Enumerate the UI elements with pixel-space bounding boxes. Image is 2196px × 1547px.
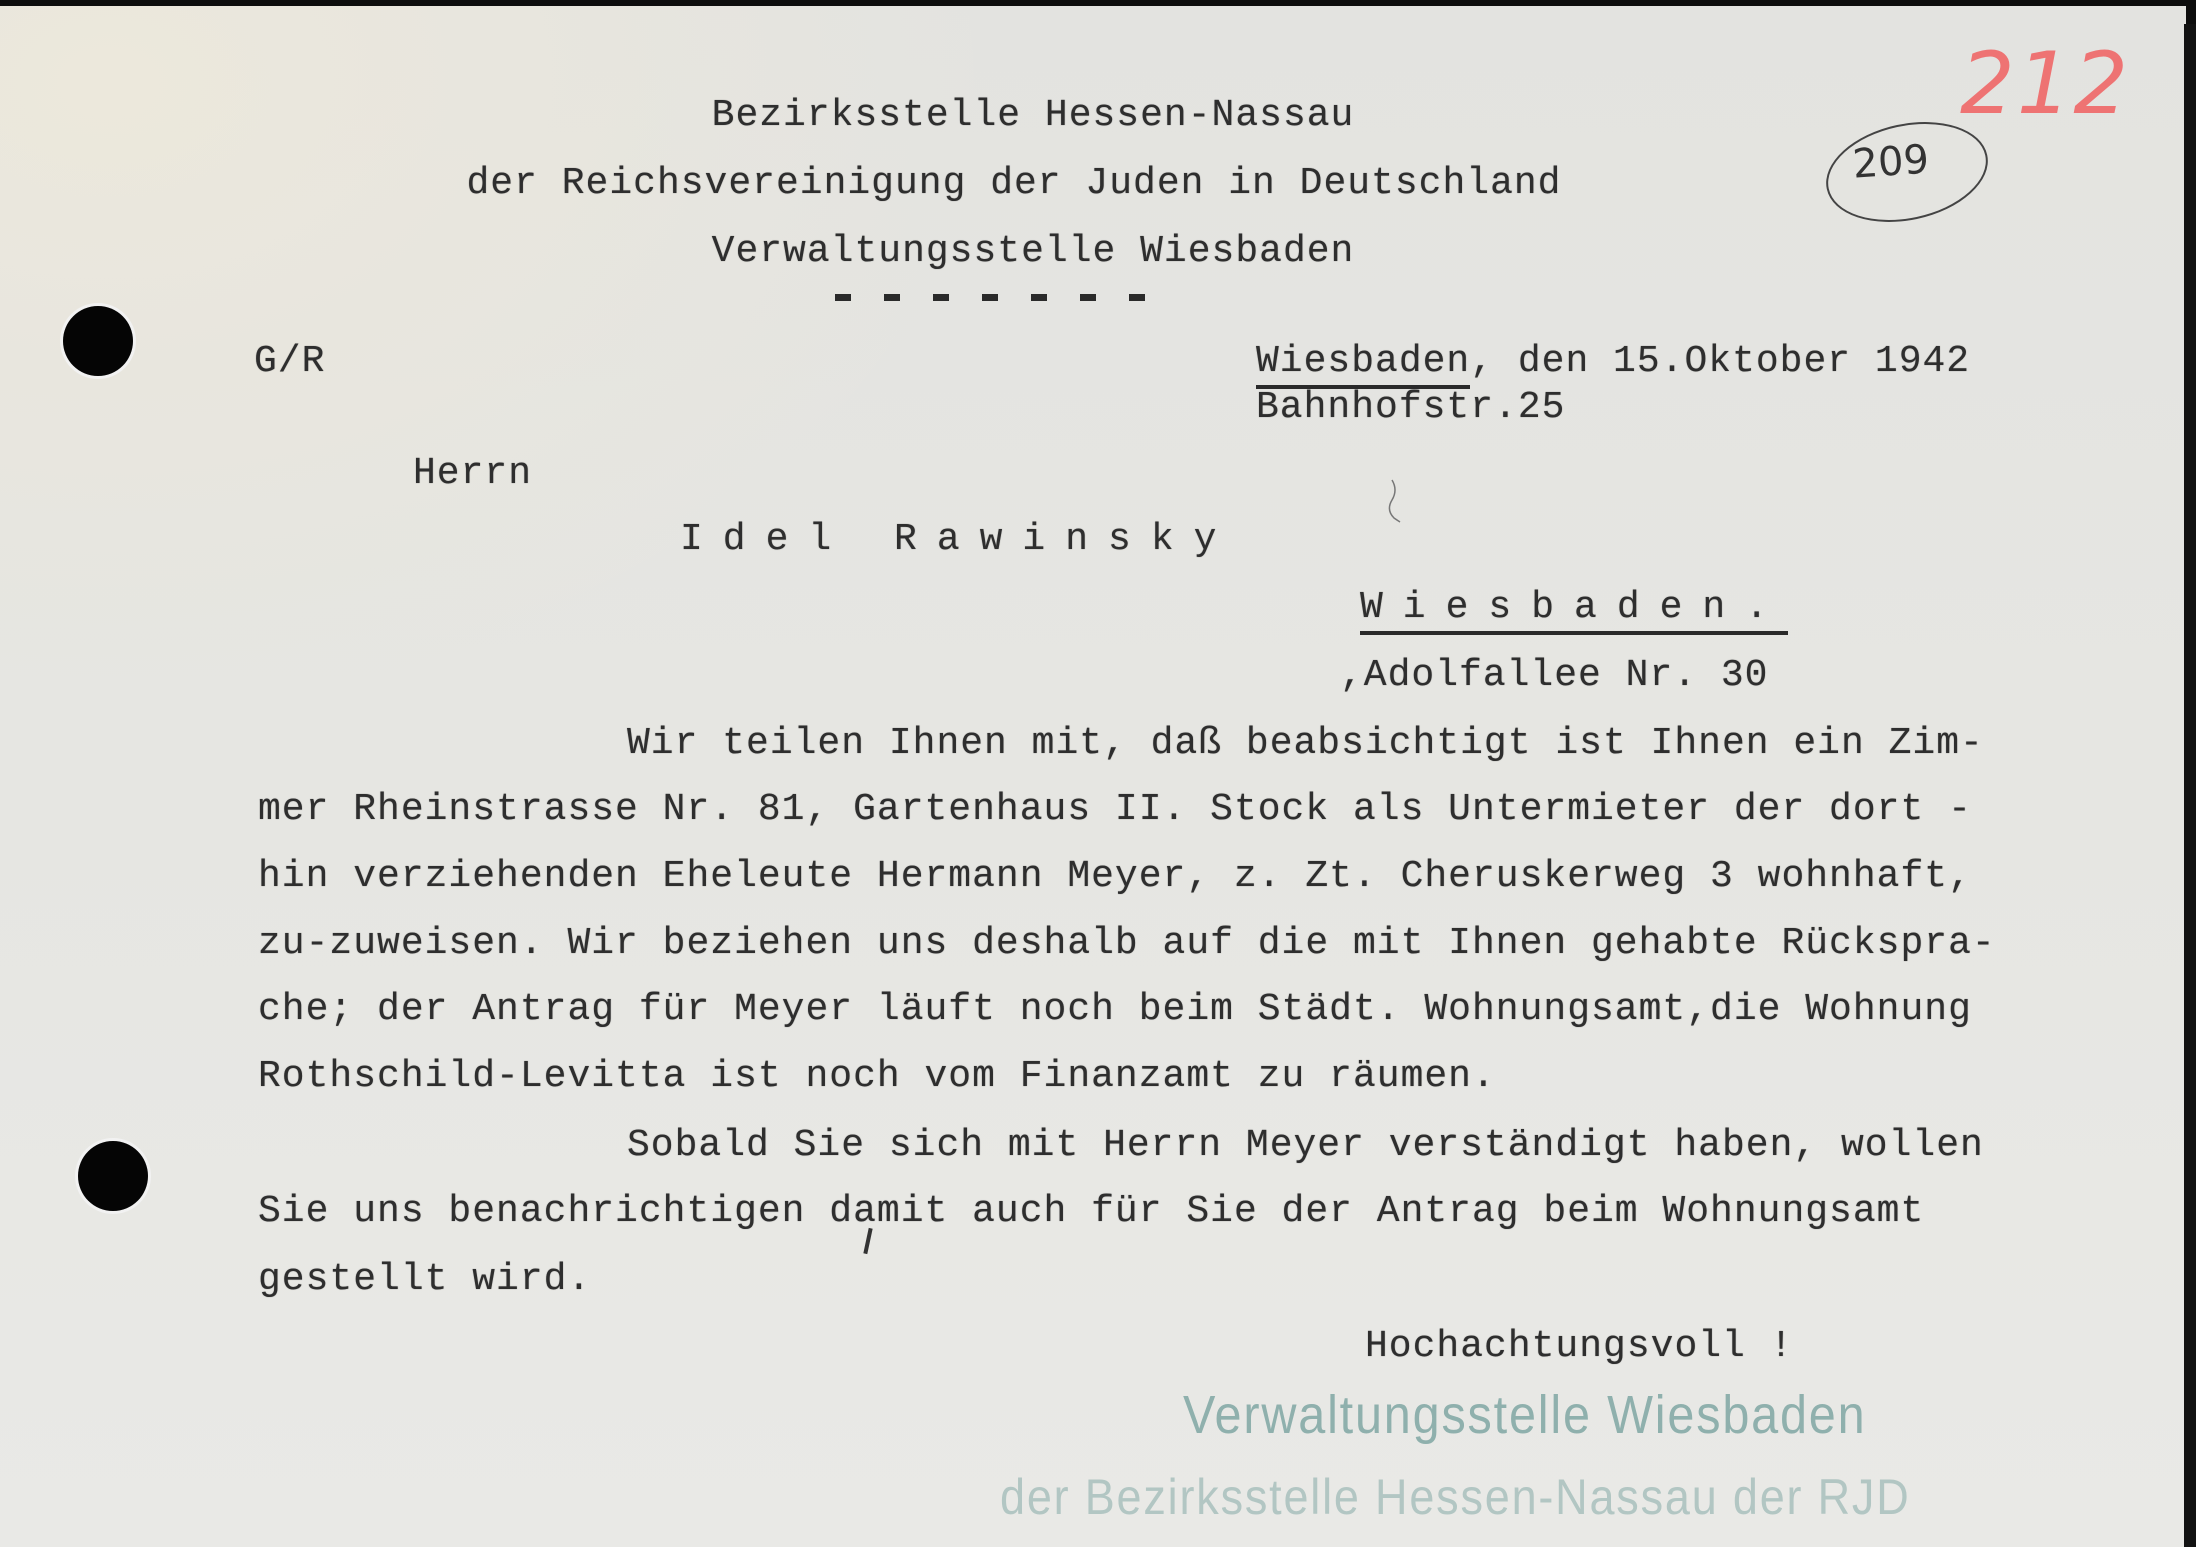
letterhead-line-2: der Reichsvereinigung der Juden in Deuts… — [467, 162, 1562, 205]
body-line: Sobald Sie sich mit Herrn Meyer verständ… — [627, 1124, 1984, 1167]
letterhead-line-3: Verwaltungsstelle Wiesbaden — [712, 230, 1355, 273]
letterhead-line-1: Bezirksstelle Hessen-Nassau — [712, 94, 1355, 137]
recipient-street: ,Adolfallee Nr. 30 — [1340, 654, 1768, 697]
dateline-place: Wiesbaden — [1256, 340, 1470, 389]
body-line: che; der Antrag für Meyer läuft noch bei… — [258, 988, 1972, 1031]
circled-number-text: 209 — [1851, 137, 1930, 188]
body-line: hin verziehenden Eheleute Hermann Meyer,… — [258, 855, 1972, 898]
pencil-mark-icon — [1386, 478, 1406, 528]
body-line: mer Rheinstrasse Nr. 81, Gartenhaus II. … — [258, 788, 1972, 831]
scan-border-right — [2184, 24, 2196, 1547]
document-page: 212 209 Bezirksstelle Hessen-Nassau der … — [0, 6, 2186, 1547]
dateline-date: , den 15.Oktober 1942 — [1470, 340, 1970, 383]
body-line: Sie uns benachrichtigen damit auch für S… — [258, 1190, 1924, 1233]
reference-code: G/R — [254, 340, 325, 383]
letterhead-divider — [835, 294, 1145, 301]
body-line: gestellt wird. — [258, 1258, 591, 1301]
body-line: zu-zuweisen. Wir beziehen uns deshalb au… — [258, 922, 1996, 965]
recipient-city-text: Wiesbaden. — [1360, 586, 1788, 635]
body-line: Rothschild-Levitta ist noch vom Finanzam… — [258, 1055, 1496, 1098]
closing: Hochachtungsvoll ! — [1365, 1325, 1793, 1368]
punch-hole-icon — [63, 306, 133, 376]
dateline: Wiesbaden, den 15.Oktober 1942 — [1256, 340, 1970, 383]
recipient-name: Idel Rawinsky — [680, 518, 1236, 561]
recipient-salutation: Herrn — [413, 452, 532, 495]
body-line: Wir teilen Ihnen mit, daß beabsichtigt i… — [627, 722, 1984, 765]
stamp-line-2: der Bezirksstelle Hessen-Nassau der RJD — [1000, 1468, 1911, 1526]
sender-address: Bahnhofstr.25 — [1256, 386, 1565, 429]
recipient-city: Wiesbaden. — [1360, 586, 1788, 629]
punch-hole-icon — [78, 1141, 148, 1211]
stamp-line-1: Verwaltungsstelle Wiesbaden — [1183, 1384, 1866, 1446]
archive-number-red: 212 — [1960, 34, 2130, 134]
